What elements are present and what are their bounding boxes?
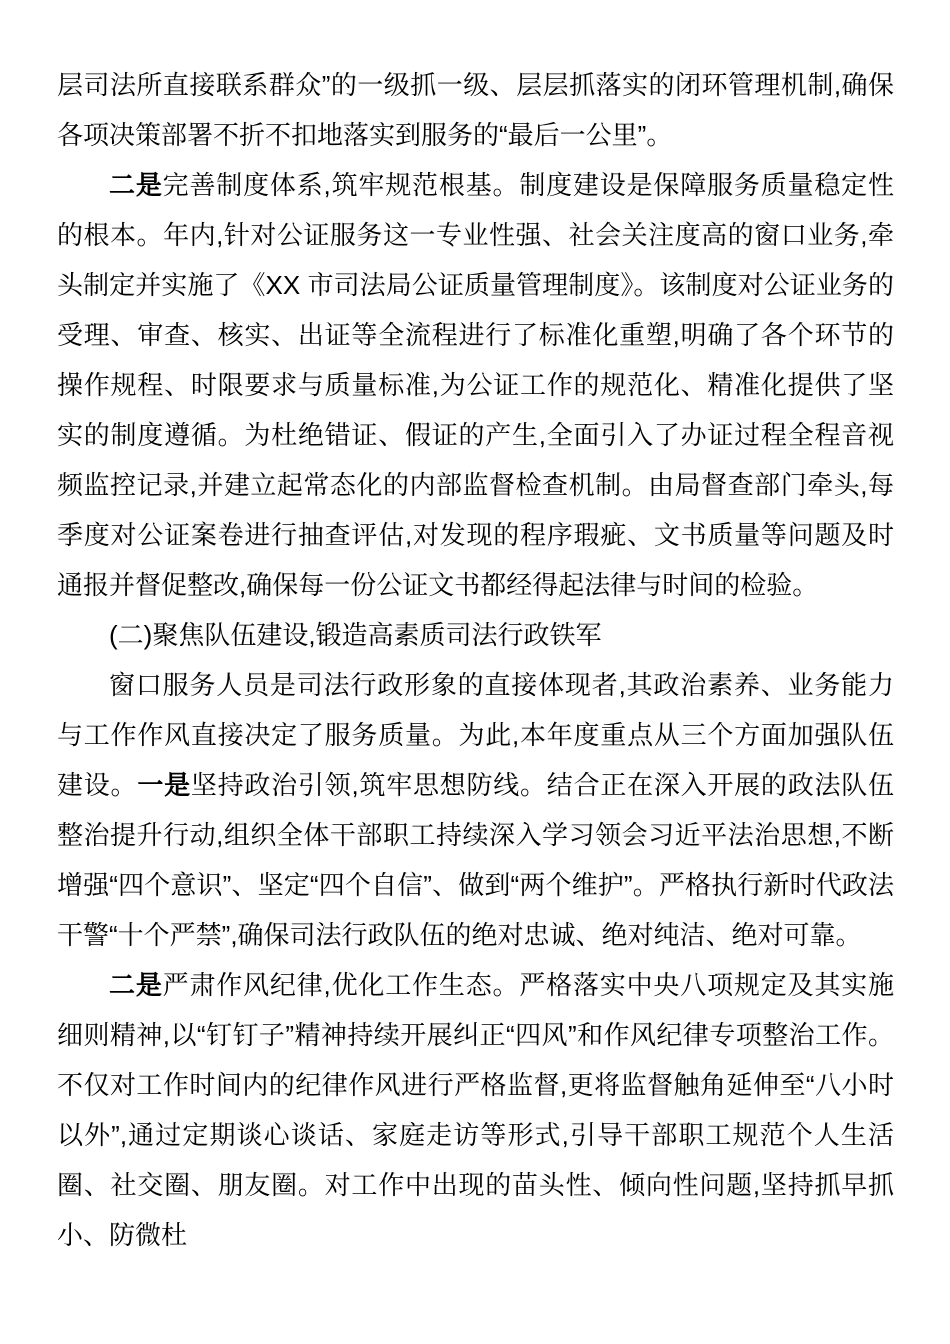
document-page: 层司法所直接联系群众”的一级抓一级、层层抓落实的闭环管理机制,确保各项决策部署不… — [0, 0, 950, 1344]
document-body: 层司法所直接联系群众”的一级抓一级、层层抓落实的闭环管理机制,确保各项决策部署不… — [57, 60, 894, 1260]
text-run: (二)聚焦队伍建设,锻造高素质司法行政铁军 — [109, 620, 602, 650]
paragraph: 二是完善制度体系,筑牢规范根基。制度建设是保障服务质量稳定性的根本。年内,针对公… — [57, 160, 894, 610]
paragraph: 窗口服务人员是司法行政形象的直接体现者,其政治素养、业务能力与工作作风直接决定了… — [57, 660, 894, 960]
section-heading: (二)聚焦队伍建设,锻造高素质司法行政铁军 — [57, 610, 894, 660]
text-run: 二是 — [109, 970, 163, 1000]
text-run: 二是 — [109, 170, 163, 200]
text-run: 一是 — [137, 770, 191, 800]
paragraph: 二是严肃作风纪律,优化工作生态。严格落实中央八项规定及其实施细则精神,以“钉钉子… — [57, 960, 894, 1260]
text-run: 完善制度体系,筑牢规范根基。制度建设是保障服务质量稳定性的根本。年内,针对公证服… — [57, 170, 894, 600]
text-run: 层司法所直接联系群众”的一级抓一级、层层抓落实的闭环管理机制,确保各项决策部署不… — [57, 70, 894, 150]
text-run: 严肃作风纪律,优化工作生态。严格落实中央八项规定及其实施细则精神,以“钉钉子”精… — [57, 970, 894, 1250]
paragraph: 层司法所直接联系群众”的一级抓一级、层层抓落实的闭环管理机制,确保各项决策部署不… — [57, 60, 894, 160]
